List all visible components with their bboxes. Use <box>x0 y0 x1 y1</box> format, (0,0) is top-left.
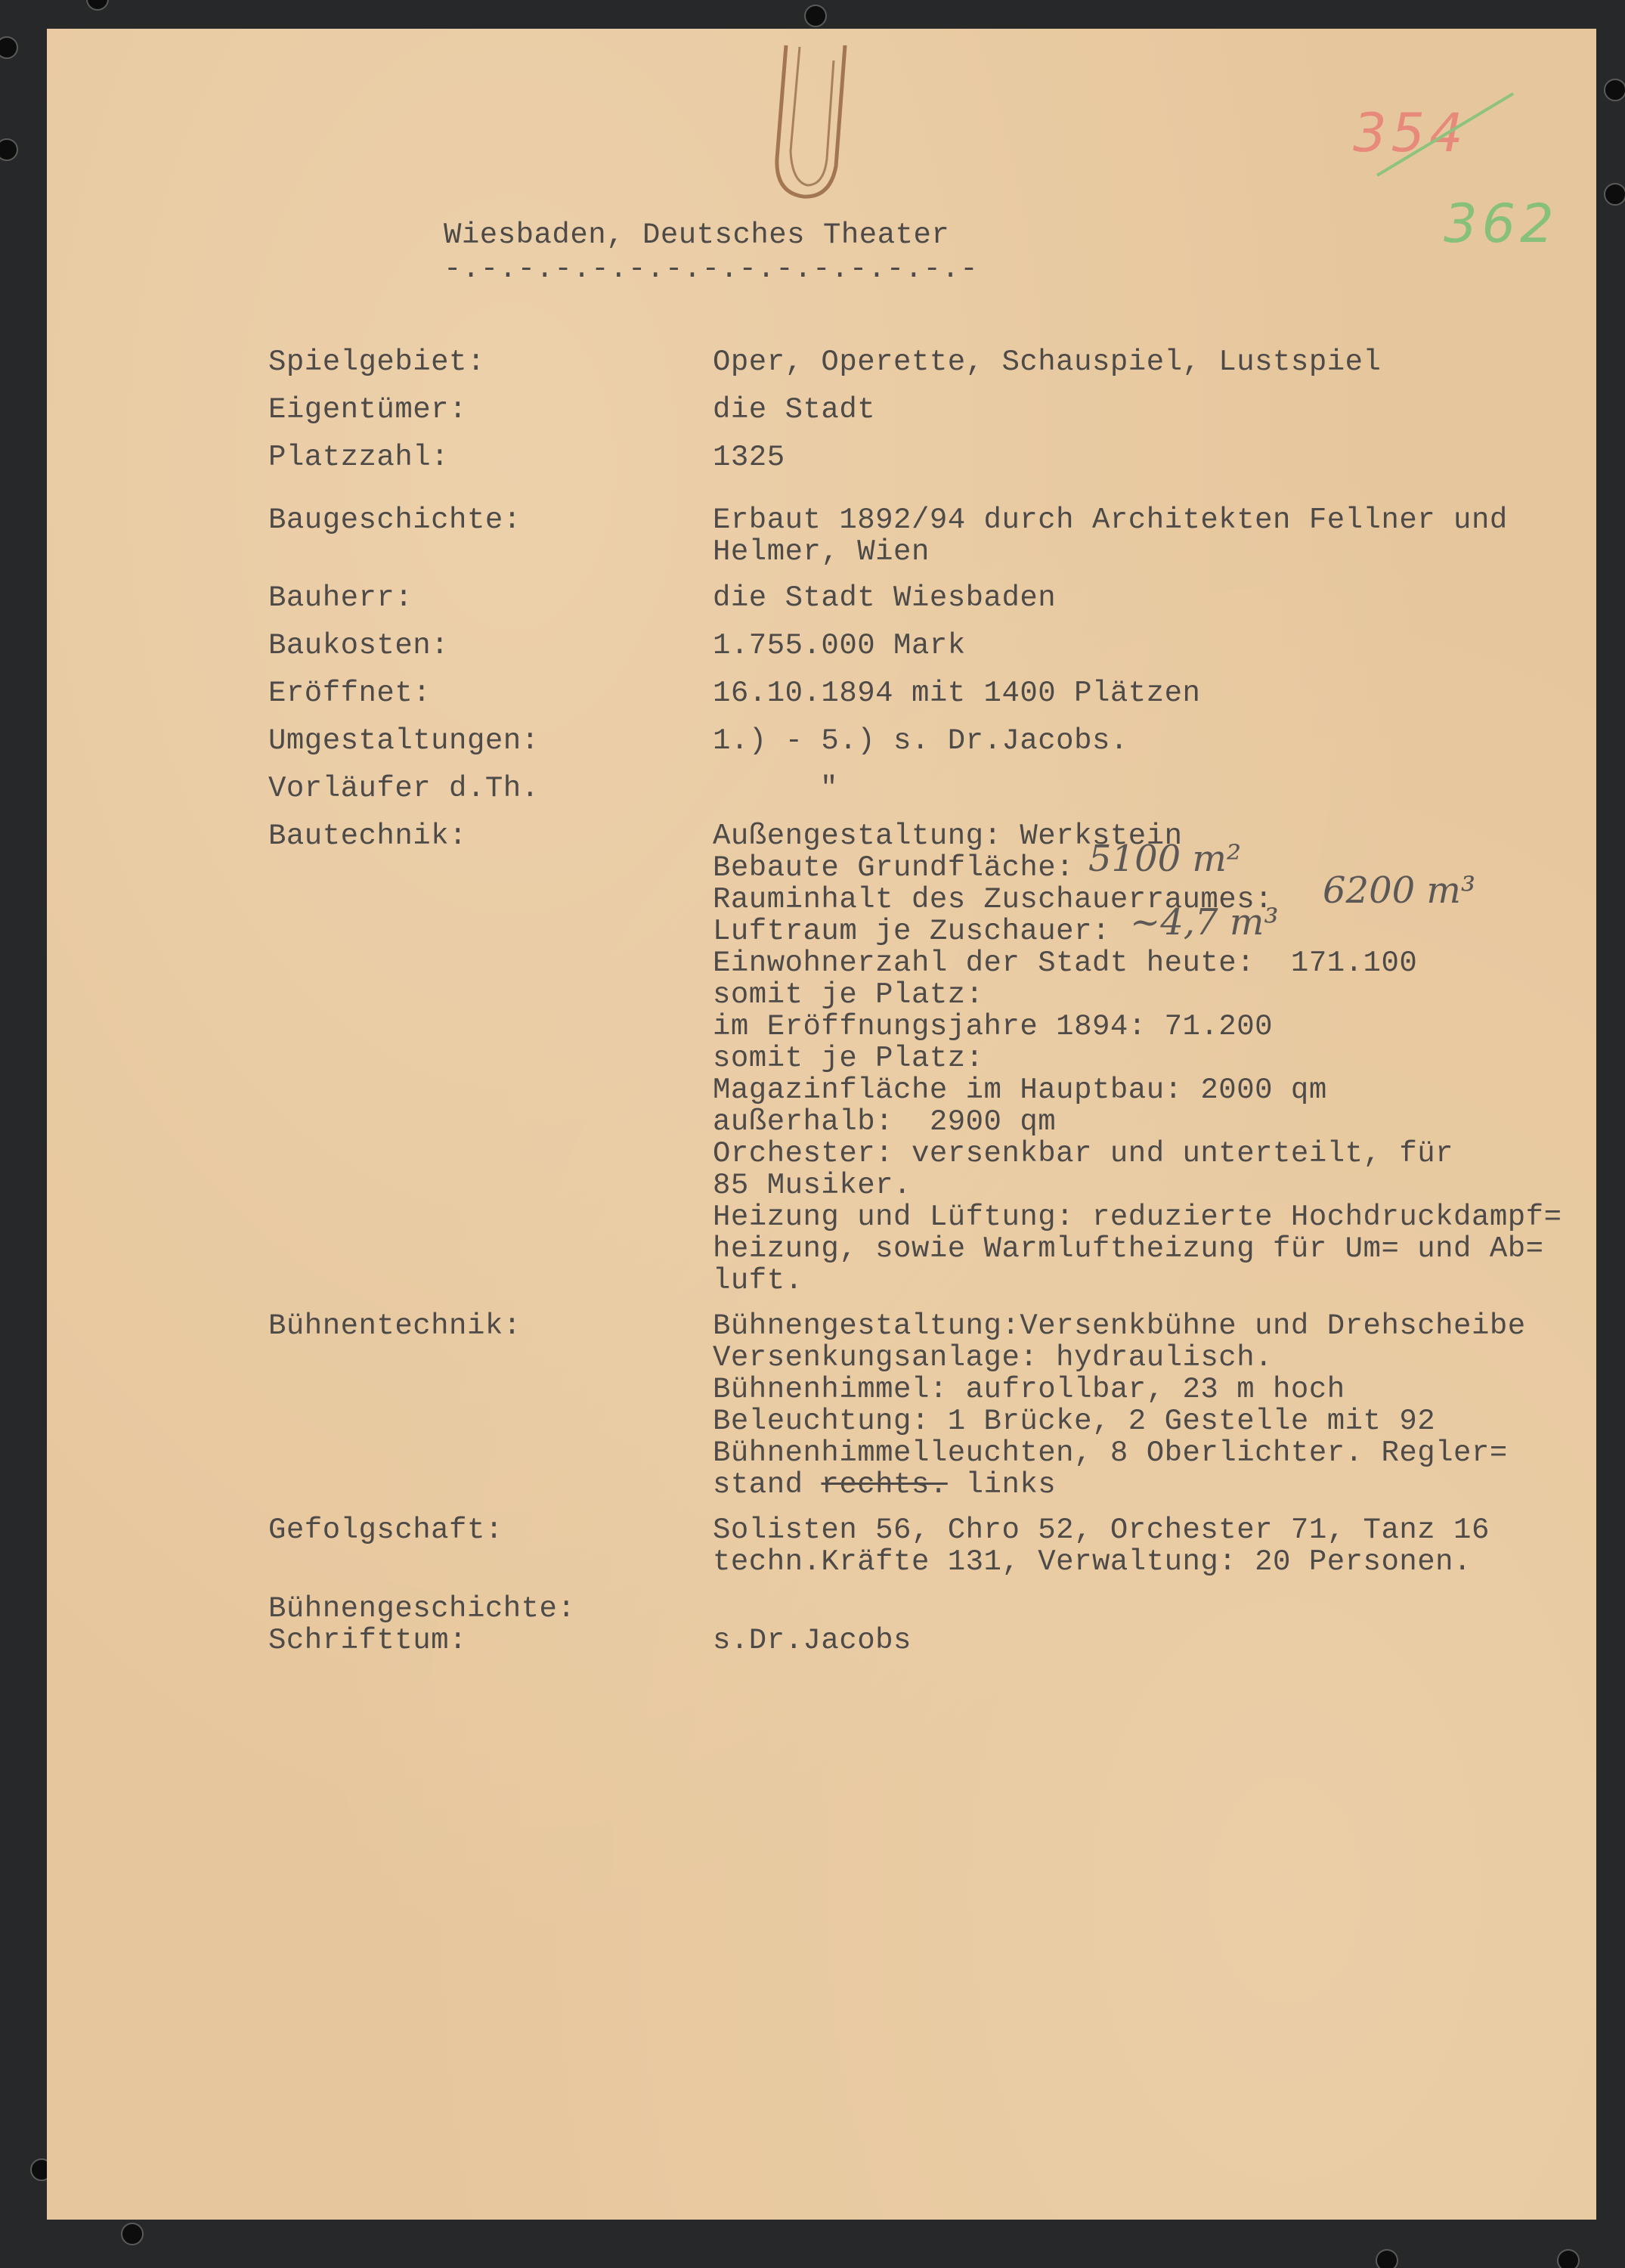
field-value: Solisten 56, Chro 52, Orchester 71, Tanz… <box>713 1514 1490 1546</box>
field-value: die Stadt Wiesbaden <box>713 582 1056 614</box>
field-label: Bautechnik: <box>268 820 467 852</box>
binder-hole <box>804 5 827 27</box>
field-value-line: stand rechts. links <box>713 1469 1056 1501</box>
field-label: Vorläufer d.Th. <box>268 773 540 804</box>
field-value: Luftraum je Zuschauer: <box>713 916 1110 947</box>
field-label: Baukosten: <box>268 630 449 661</box>
field-value: Orchester: versenkbar und unterteilt, fü… <box>713 1138 1453 1170</box>
field-value: Einwohnerzahl der Stadt heute: 171.100 <box>713 947 1417 979</box>
document-title: Wiesbaden, Deutsches Theater <box>444 219 949 251</box>
binder-hole <box>1604 183 1625 206</box>
field-label: Bühnentechnik: <box>268 1310 522 1342</box>
field-label: Schrifttum: <box>268 1625 467 1656</box>
field-value: die Stadt <box>713 394 875 426</box>
field-label: Bauherr: <box>268 582 413 614</box>
field-value: Erbaut 1892/94 durch Architekten Fellner… <box>713 504 1508 536</box>
field-value: Bühnengestaltung:Versenkbühne und Drehsc… <box>713 1310 1526 1342</box>
field-value: Bühnenhimmelleuchten, 8 Oberlichter. Reg… <box>713 1437 1508 1469</box>
field-value: Heizung und Lüftung: reduzierte Hochdruc… <box>713 1201 1562 1233</box>
binder-hole <box>1376 2249 1398 2268</box>
field-value: Versenkungsanlage: hydraulisch. <box>713 1342 1273 1374</box>
field-value: 1325 <box>713 442 785 473</box>
title-underline: -.-.-.-.-.-.-.-.-.-.-.-.-.-.- <box>444 253 979 285</box>
field-label: Platzzahl: <box>268 442 449 473</box>
struck-text: rechts. <box>821 1468 947 1501</box>
field-label: Spielgebiet: <box>268 346 485 378</box>
field-value: Oper, Operette, Schauspiel, Lustspiel <box>713 346 1381 378</box>
field-value: Magazinfläche im Hauptbau: 2000 qm <box>713 1074 1327 1106</box>
field-value: 16.10.1894 mit 1400 Plätzen <box>713 677 1200 709</box>
field-value: außerhalb: 2900 qm <box>713 1106 1056 1138</box>
field-value: heizung, sowie Warmluftheizung für Um= u… <box>713 1233 1544 1265</box>
field-label: Bühnengeschichte: <box>268 1593 575 1625</box>
binder-hole <box>121 2223 144 2245</box>
field-label: Gefolgschaft: <box>268 1514 503 1546</box>
field-value: 1.755.000 Mark <box>713 630 966 661</box>
binder-hole <box>1557 2249 1580 2268</box>
field-value: Bühnenhimmel: aufrollbar, 23 m hoch <box>713 1374 1345 1405</box>
field-value: stand <box>713 1468 821 1501</box>
binder-hole <box>86 0 109 11</box>
binder-hole <box>1604 79 1625 101</box>
field-value: im Eröffnungsjahre 1894: 71.200 <box>713 1011 1273 1043</box>
field-value: Helmer, Wien <box>713 536 930 568</box>
handwritten-note: ~4,7 m³ <box>1130 901 1279 943</box>
field-label: Baugeschichte: <box>268 504 522 536</box>
field-label: Eröffnet: <box>268 677 431 709</box>
binder-hole <box>0 138 18 161</box>
field-label: Eigentümer: <box>268 394 467 426</box>
field-value: somit je Platz: <box>713 979 984 1011</box>
field-value: links <box>948 1468 1056 1501</box>
field-label: Umgestaltungen: <box>268 725 540 757</box>
handwritten-note: 5100 m² <box>1088 838 1241 880</box>
paperclip-rust-mark <box>769 38 853 204</box>
field-value: 1.) - 5.) s. Dr.Jacobs. <box>713 725 1128 757</box>
field-value: Bebaute Grundfläche: <box>713 852 1074 884</box>
archive-number-green: 362 <box>1444 193 1558 255</box>
field-value: techn.Kräfte 131, Verwaltung: 20 Persone… <box>713 1546 1472 1578</box>
handwritten-note: 6200 m³ <box>1323 869 1475 912</box>
field-value: s.Dr.Jacobs <box>713 1625 912 1656</box>
field-value: 85 Musiker. <box>713 1170 912 1201</box>
field-value: somit je Platz: <box>713 1043 984 1074</box>
binder-hole <box>0 36 18 59</box>
field-value: luft. <box>713 1265 803 1297</box>
ditto-mark: " <box>820 773 838 804</box>
field-value: Beleuchtung: 1 Brücke, 2 Gestelle mit 92 <box>713 1405 1435 1437</box>
